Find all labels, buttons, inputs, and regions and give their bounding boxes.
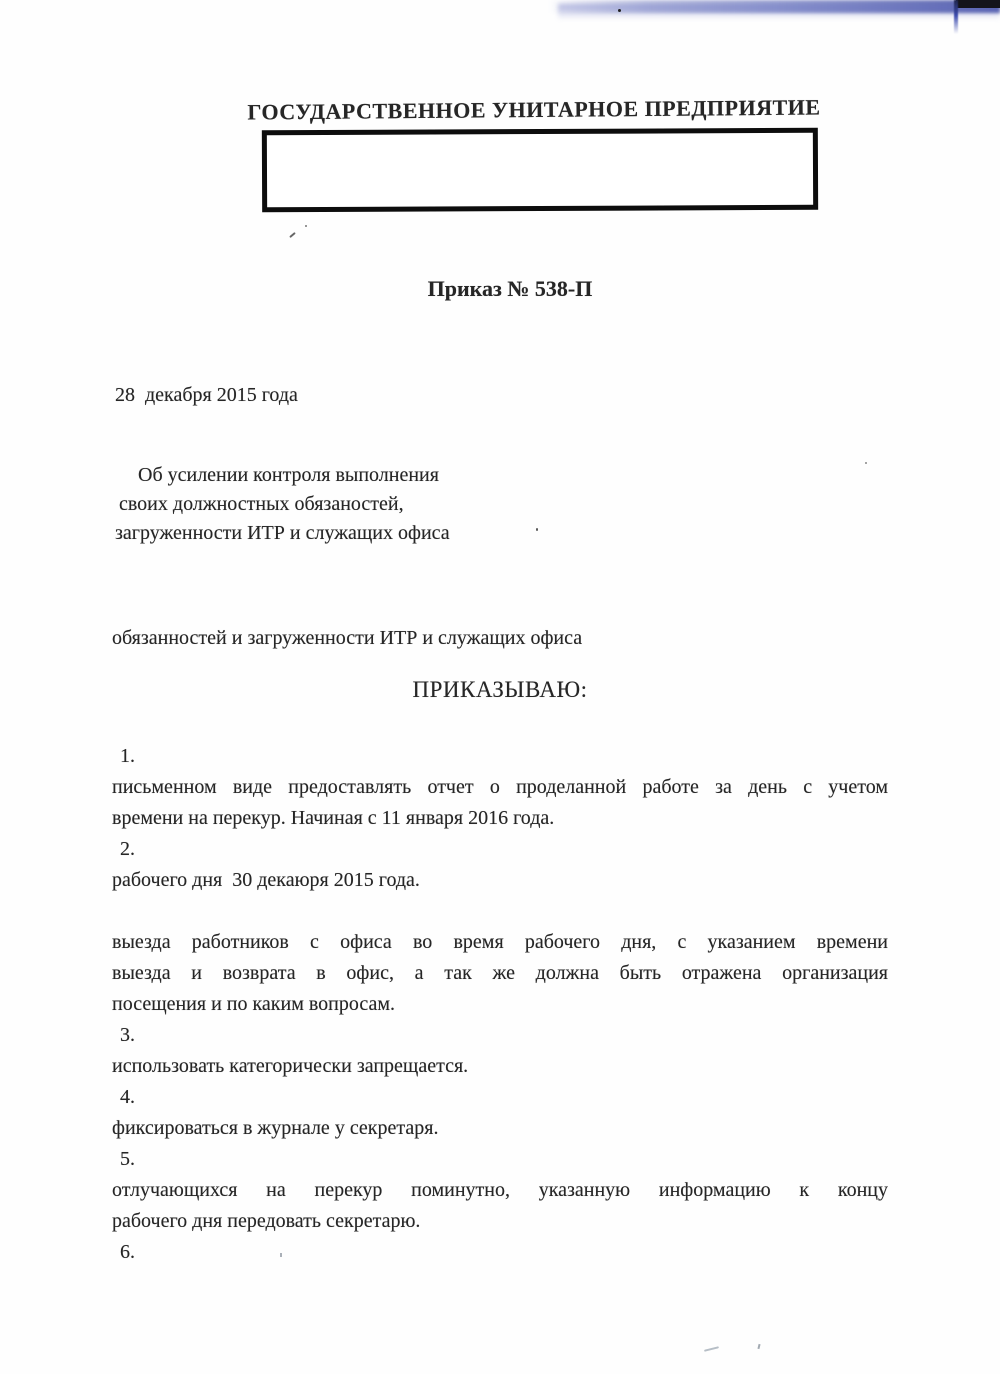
order-paragraph-line: выезда работников с офиса во время рабоч… bbox=[112, 927, 888, 958]
order-paragraph-line: выезда и возврата в офис, а так же должн… bbox=[112, 958, 888, 989]
corner-black-bar bbox=[956, 0, 1000, 8]
intro-line: обязанностей и загруженности ИТР и служа… bbox=[112, 623, 888, 654]
order-paragraph-line: посещения и по каким вопросам. bbox=[112, 989, 888, 1020]
order-item-line: использовать категорически запрещается. bbox=[112, 1051, 888, 1082]
order-item-line: времени на перекур. Начиная с 11 января … bbox=[112, 803, 888, 834]
order-item-number: 5. bbox=[120, 1144, 135, 1175]
intro-paragraph: В целях усиления контроля выполнения сво… bbox=[112, 592, 888, 654]
ink-mark bbox=[704, 1346, 719, 1352]
subject-line: загруженности ИТР и служащих офиса bbox=[115, 519, 610, 548]
subject-line: Об усилении контроля выполнения bbox=[138, 461, 610, 490]
redacted-company-name-box bbox=[262, 128, 818, 212]
order-item-line: отлучающихся на перекур поминутно, указа… bbox=[112, 1175, 888, 1206]
ink-dot bbox=[618, 9, 621, 12]
order-item-number: 3. bbox=[120, 1020, 135, 1051]
order-item-line: 6. С данным приказом под роспись ознаком… bbox=[112, 1237, 888, 1268]
order-item-number: 4. bbox=[120, 1082, 135, 1113]
top-ink-smudge-soft bbox=[558, 4, 1000, 20]
subject-line: своих должностных обязаностей, bbox=[119, 490, 610, 519]
ink-mark bbox=[757, 1344, 760, 1349]
ink-dot bbox=[865, 462, 867, 464]
order-item-line: рабочего дня передовать секретарю. bbox=[112, 1206, 888, 1237]
order-number-title: Приказ № 538-П bbox=[10, 276, 1000, 302]
order-item-number: 6. bbox=[120, 1237, 135, 1268]
order-item-line: 2. Указанный отчет за декабрь месяц теку… bbox=[112, 834, 888, 865]
order-items-list: 1. Всем ИТР и служащим ежедневно к концу… bbox=[112, 741, 888, 1268]
order-item-line: рабочего дня 30 декаюря 2015 года. bbox=[112, 865, 888, 896]
decree-keyword: ПРИКАЗЫВАЮ: bbox=[112, 677, 888, 703]
order-date: 28 декабря 2015 года bbox=[115, 384, 298, 407]
ink-mark bbox=[289, 232, 296, 238]
order-paragraph-line: С 11 января 2016 года секретарю завести … bbox=[112, 896, 888, 927]
order-item-line: письменном виде предоставлять отчет о пр… bbox=[112, 772, 888, 803]
order-item-number: 2. bbox=[120, 834, 135, 865]
order-item-line: 4. Маршруты и время использования автобу… bbox=[112, 1082, 888, 1113]
document-page: ГОСУДАРСТВЕННОЕ УНИТАРНОЕ ПРЕДПРИЯТИЕ Пр… bbox=[0, 0, 1000, 1374]
letterhead-title: ГОСУДАРСТВЕННОЕ УНИТАРНОЕ ПРЕДПРИЯТИЕ bbox=[34, 93, 1000, 128]
order-item-line: 1. Всем ИТР и служащим ежедневно к концу… bbox=[112, 741, 888, 772]
corner-ink-line bbox=[954, 0, 958, 34]
subject-block: Об усилении контроля выполнения своих до… bbox=[110, 461, 610, 548]
intro-line: В целях усиления контроля выполнения сво… bbox=[112, 592, 888, 623]
ink-dot bbox=[305, 225, 307, 227]
order-item-line: 5. Вахтерам на проходной фиксировать поф… bbox=[112, 1144, 888, 1175]
order-item-line: фиксироваться в журнале у секретаря. bbox=[112, 1113, 888, 1144]
order-item-line: 3. Автобус, закрепленный за офисом без р… bbox=[112, 1020, 888, 1051]
order-item-number: 1. bbox=[120, 741, 135, 772]
